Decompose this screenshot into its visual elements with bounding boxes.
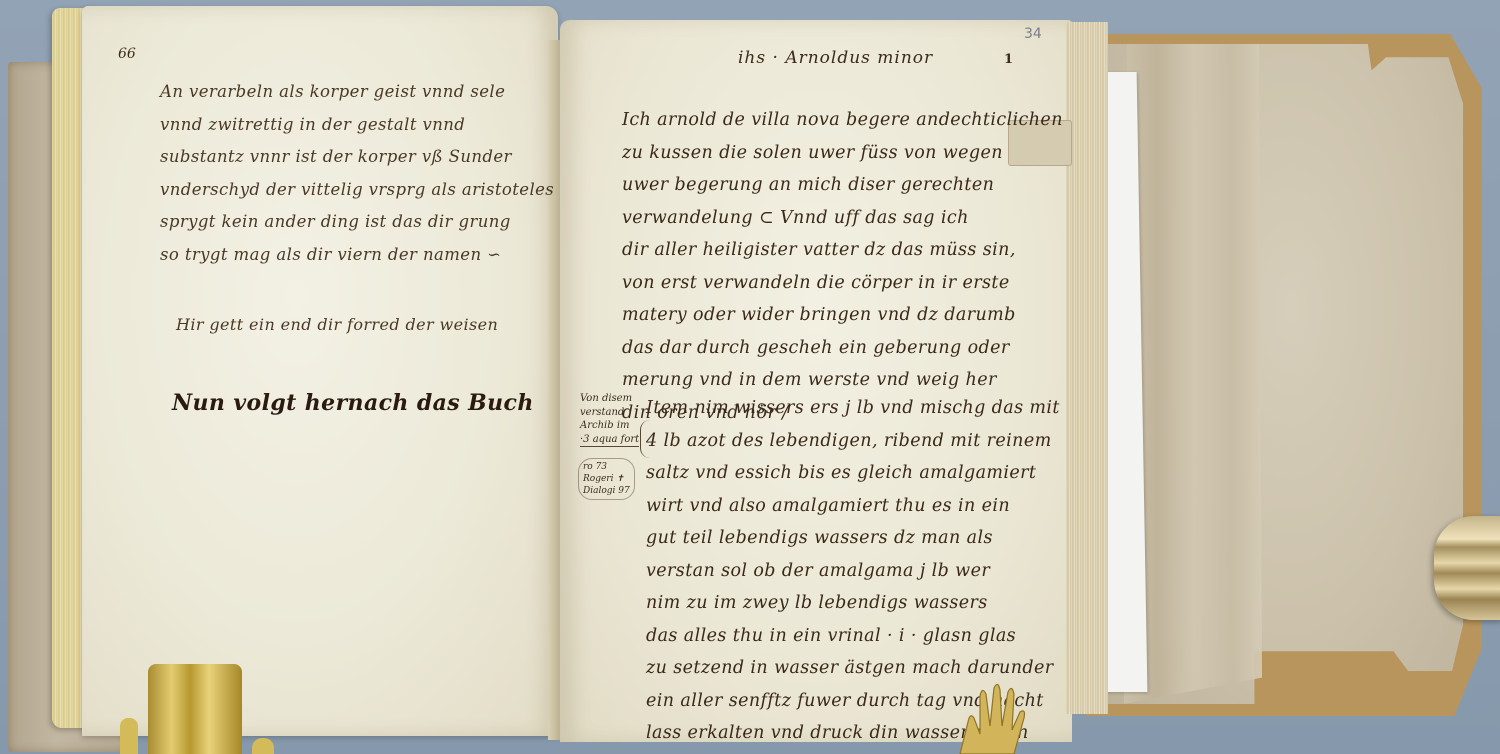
reference-line: ro 73 bbox=[583, 461, 630, 473]
right-page-opening-last-lines: . . . . . . . . merung vnd in dem werste… bbox=[622, 104, 997, 429]
left-page-text: An verarbeln als korper geist vnnd sele … bbox=[160, 76, 554, 271]
running-head: ihs · Arnoldus minor bbox=[738, 48, 933, 68]
folio-number-left: 66 bbox=[118, 46, 136, 62]
text-line: Item nim wissers ers j lb vnd mischg das… bbox=[646, 392, 1060, 425]
text-line: 4 lb azot des lebendigen, ribend mit rei… bbox=[646, 425, 1060, 458]
text-line: gut teil lebendigs wassers dz man als bbox=[646, 522, 1060, 555]
text-line: vnnd zwitrettig in der gestalt vnnd bbox=[160, 109, 554, 142]
text-line: wirt vnd also amalgamiert thu es in ein bbox=[646, 490, 1060, 523]
reference-line: Dialogi 97 bbox=[583, 485, 630, 497]
section-heading: Nun volgt hernach das Buch bbox=[172, 386, 534, 420]
pencil-foliation: 34 bbox=[1024, 26, 1042, 42]
marginal-bracket bbox=[640, 420, 661, 458]
note-line: Archib im bbox=[580, 419, 639, 433]
colophon-line: Hir gett ein end dir forred der weisen bbox=[176, 310, 498, 340]
text-line: zu setzend in wasser ästgen mach darunde… bbox=[646, 652, 1060, 685]
text-line: An verarbeln als korper geist vnnd sele bbox=[160, 76, 554, 109]
brass-clip-left bbox=[148, 664, 242, 754]
heading-line: Nun volgt hernach das Buch bbox=[172, 386, 534, 420]
brass-weight-right bbox=[1434, 516, 1500, 620]
text-line: nim zu im zwey lb lebendigs wassers bbox=[646, 587, 1060, 620]
note-line: ·3 aqua fort bbox=[580, 433, 639, 448]
text-line: verstan sol ob der amalgama j lb wer bbox=[646, 555, 1060, 588]
text-line: saltz vnd essich bis es gleich amalgamie… bbox=[646, 457, 1060, 490]
text-line: das alles thu in ein vrinal · i · glasn … bbox=[646, 620, 1060, 653]
text-line: so trygt mag als dir viern der namen ∽ bbox=[160, 239, 554, 272]
note-line: verstand bbox=[580, 406, 639, 420]
marginal-note: Von disem verstand Archib im ·3 aqua for… bbox=[580, 392, 639, 447]
brass-hand-clip bbox=[950, 682, 1042, 754]
colophon: Hir gett ein end dir forred der weisen bbox=[176, 310, 498, 340]
marginal-reference: ro 73 Rogeri ✝ Dialogi 97 bbox=[578, 458, 635, 500]
brass-clip-left-finger bbox=[120, 718, 138, 754]
reference-line: Rogeri ✝ bbox=[583, 473, 630, 485]
text-line: sprygt kein ander ding ist das dir grung bbox=[160, 206, 554, 239]
brass-clip-left-finger bbox=[252, 738, 274, 754]
folio-number-right: 1 bbox=[1004, 52, 1013, 67]
right-page-edges bbox=[1066, 22, 1108, 714]
text-line: substantz vnnr ist der korper vß Sunder bbox=[160, 141, 554, 174]
note-line: Von disem bbox=[580, 392, 639, 406]
text-line: vnderschyd der vittelig vrsprg als arist… bbox=[160, 174, 554, 207]
